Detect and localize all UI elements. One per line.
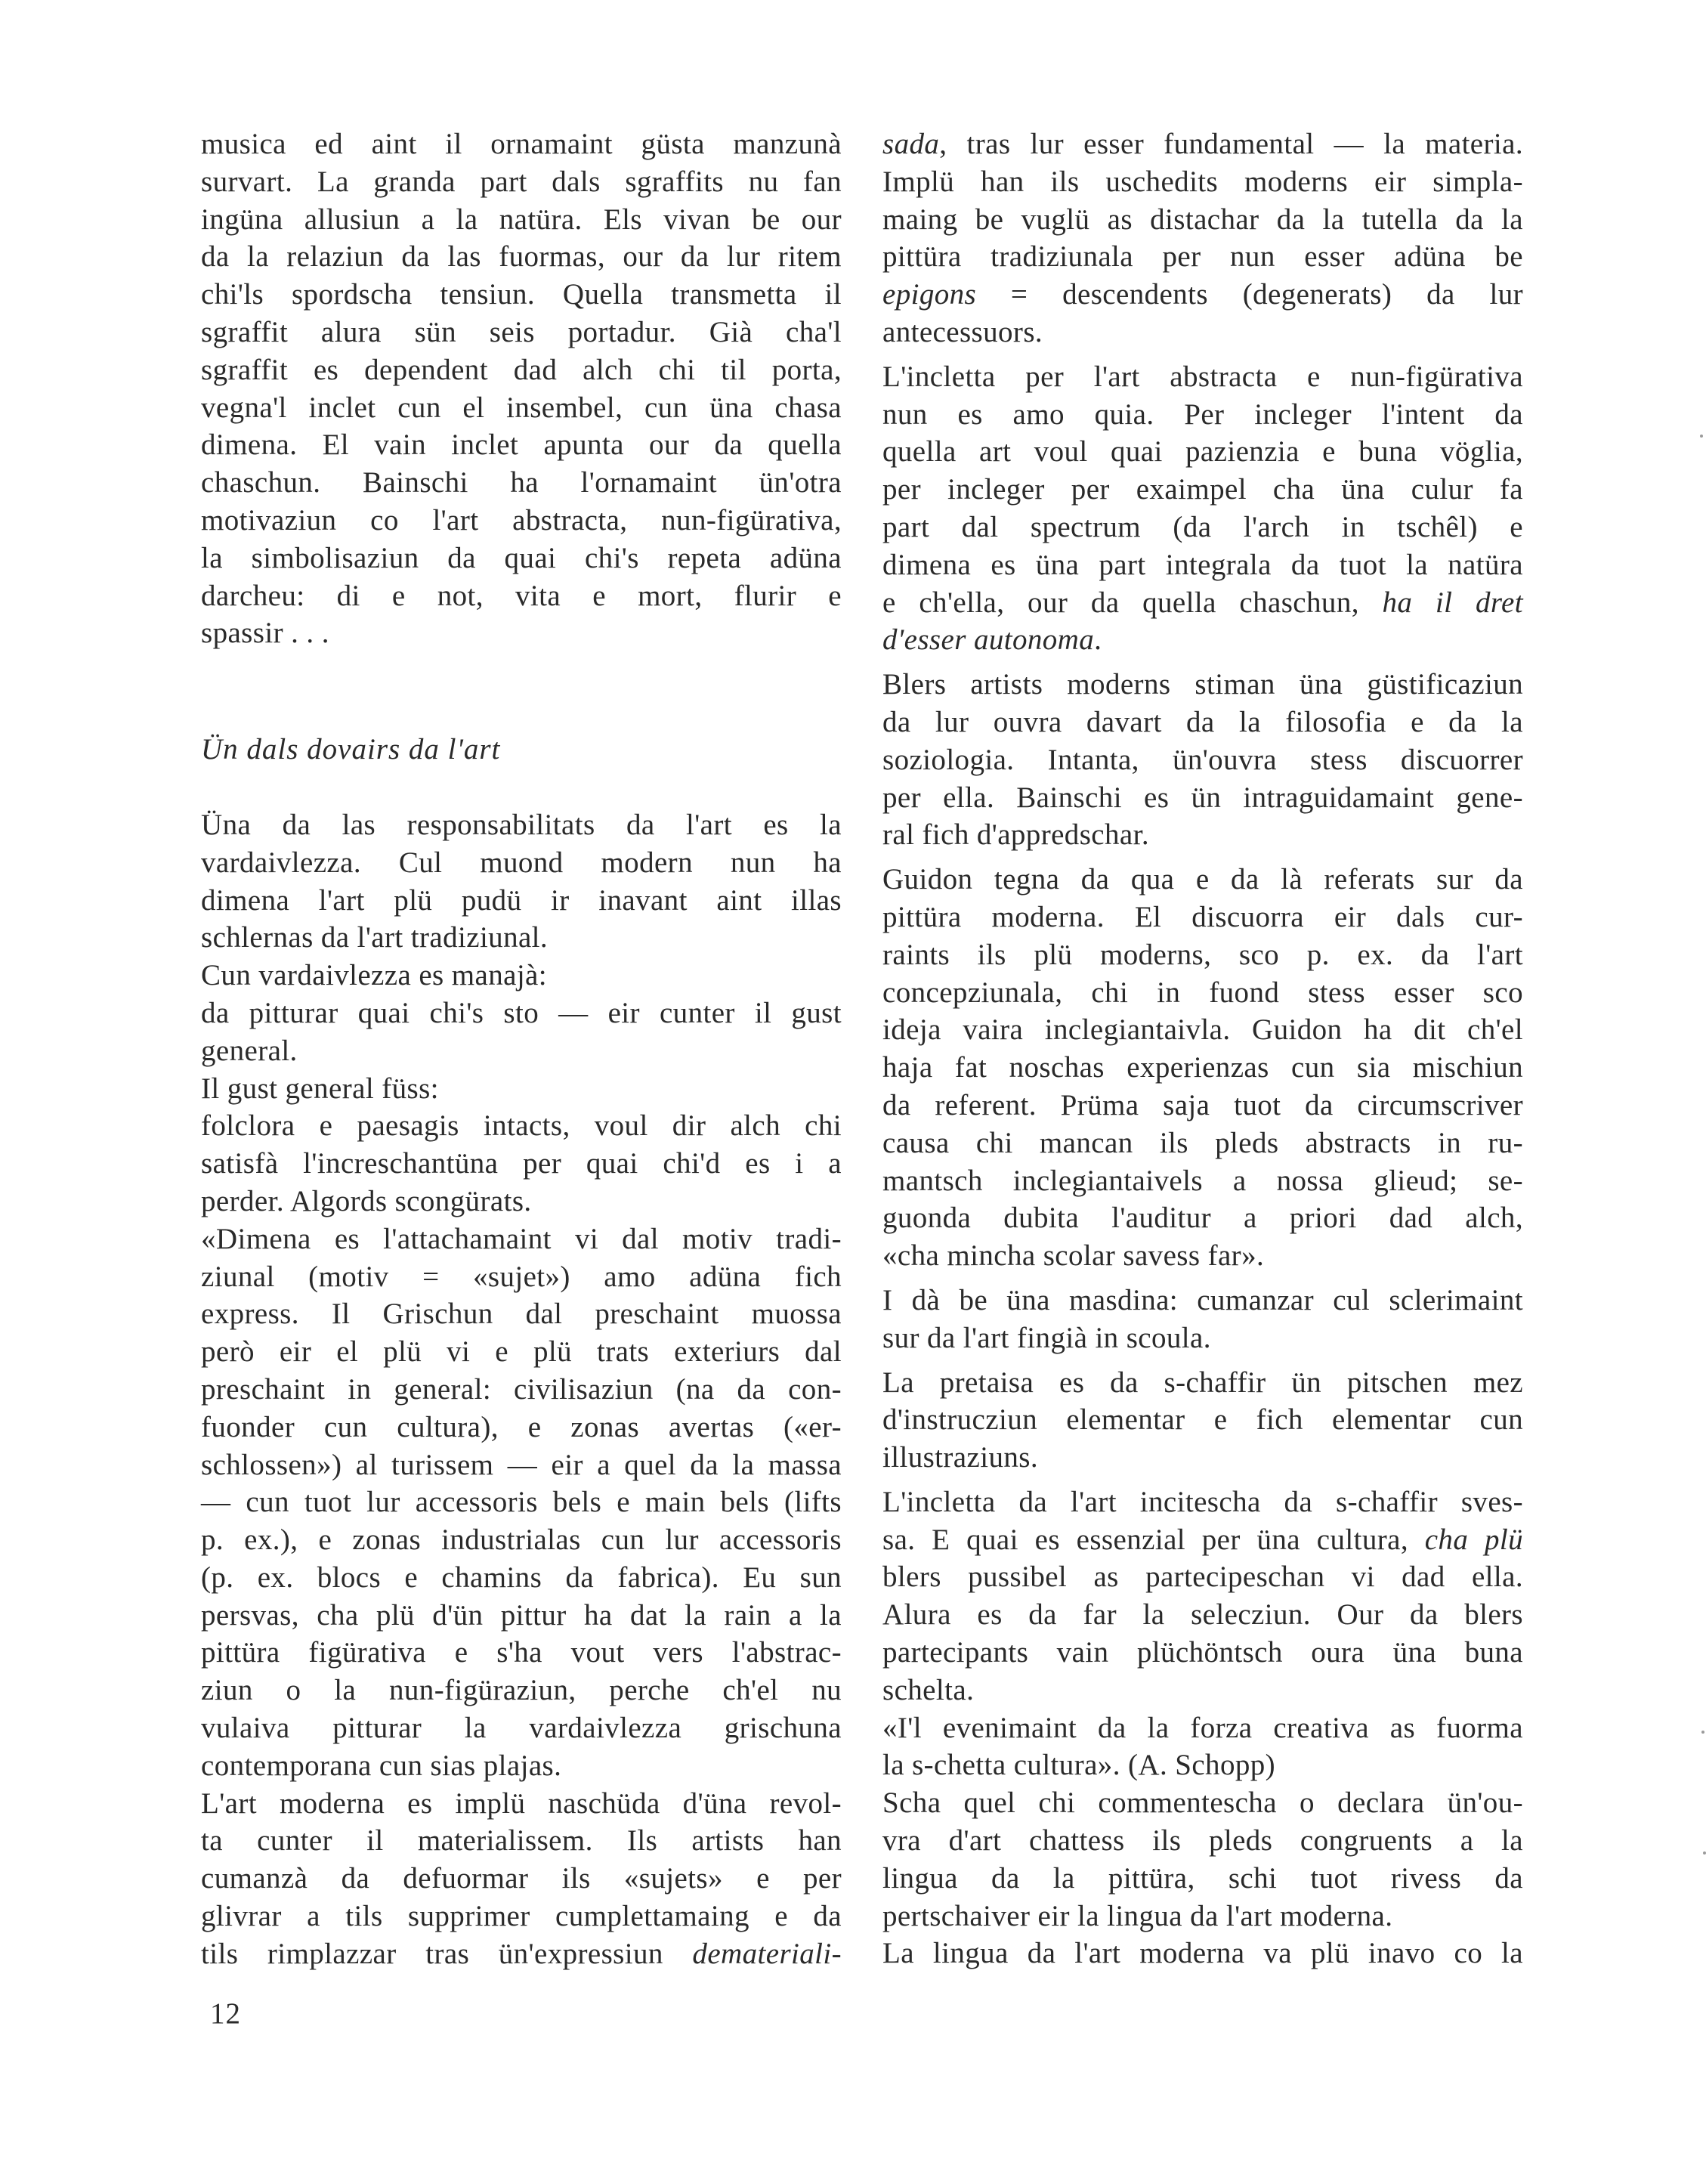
text-line: chi'ls spordscha tensiun. Quella transme…: [201, 276, 842, 314]
text-line: Alura es da far la selecziun. Our da ble…: [882, 1596, 1523, 1634]
text-line: Scha quel chi commentescha o declara ün'…: [882, 1784, 1523, 1822]
text-line: darcheu: di e not, vita e mort, flurir e: [201, 577, 842, 615]
scan-speck: [1703, 1851, 1706, 1855]
text-line: dimena es üna part integrala da tuot la …: [882, 546, 1523, 584]
text-line: spassir . . .: [201, 614, 842, 652]
text-line: dimena. El vain inclet apunta our da que…: [201, 426, 842, 464]
text-line: e ch'ella, our da quella chaschun, ha il…: [882, 584, 1523, 622]
text-line: causa chi mancan ils pleds abstracts in …: [882, 1124, 1523, 1162]
paragraph: Il gust general füss:: [201, 1070, 842, 1108]
spacer: [882, 659, 1523, 666]
paragraph: «Dimena es l'attachamaint vi dal motiv t…: [201, 1220, 842, 1785]
paragraph: da pitturar quai chi's sto — eir cunter …: [201, 995, 842, 1070]
text-line: vulaiva pitturar la vardaivlezza grischu…: [201, 1709, 842, 1747]
paragraph: Guidon tegna da qua e da là referats sur…: [882, 861, 1523, 1275]
text-line: p. ex.), e zonas industrialas cun lur ac…: [201, 1521, 842, 1559]
text-line: Il gust general füss:: [201, 1070, 842, 1108]
text-line: glivrar a tils supprimer cumplettamaing …: [201, 1898, 842, 1935]
paragraph: Scha quel chi commentescha o declara ün'…: [882, 1784, 1523, 1935]
text-run: = descendents (degenerats) da lur: [976, 278, 1523, 311]
text-line: da pitturar quai chi's sto — eir cunter …: [201, 995, 842, 1032]
scan-speck: [1700, 435, 1703, 438]
text-line: ral fich d'appredschar.: [882, 816, 1523, 854]
text-line: per ella. Bainschi es ün intraguidamaint…: [882, 779, 1523, 817]
text-line: ziun o la nun-figüraziun, perche ch'el n…: [201, 1672, 842, 1709]
spacer: [201, 769, 842, 806]
text-line: Blers artists moderns stiman üna güstifi…: [882, 666, 1523, 704]
text-line: folclora e paesagis intacts, voul dir al…: [201, 1107, 842, 1145]
text-line: pittüra tradiziunala per nun esser adüna…: [882, 238, 1523, 276]
text-line: pittüra moderna. El discuorra eir dals c…: [882, 899, 1523, 936]
text-line: pittüra figürativa e s'ha vout vers l'ab…: [201, 1634, 842, 1672]
text-line: perder. Algords scongürats.: [201, 1183, 842, 1220]
text-line: survart. La granda part dals sgraffits n…: [201, 163, 842, 201]
italic-text-run: demateriali-: [692, 1938, 842, 1970]
text-line: ideja vaira inclegiantaivla. Guidon ha d…: [882, 1011, 1523, 1049]
paragraph: L'art moderna es implü naschüda d'üna re…: [201, 1785, 842, 1973]
italic-text-run: sada: [882, 128, 939, 160]
text-line: nun es amo quia. Per incleger l'intent d…: [882, 396, 1523, 434]
text-line: L'incletta per l'art abstracta e nun-fig…: [882, 358, 1523, 396]
spacer: [201, 652, 842, 731]
text-line: maing be vuglü as distachar da la tutell…: [882, 201, 1523, 239]
text-line: I dà be üna masdina: cumanzar cul scleri…: [882, 1282, 1523, 1319]
italic-text-run: ha il dret: [1383, 586, 1524, 619]
text-line: L'art moderna es implü naschüda d'üna re…: [201, 1785, 842, 1823]
text-line: raints ils plü moderns, sco p. ex. da l'…: [882, 936, 1523, 974]
text-line: schlossen») al turissem — eir a quel da …: [201, 1446, 842, 1484]
text-line: sgraffit es dependent dad alch chi til p…: [201, 351, 842, 389]
text-line: epigons = descendents (degenerats) da lu…: [882, 276, 1523, 314]
text-line: Guidon tegna da qua e da là referats sur…: [882, 861, 1523, 899]
text-line: d'instrucziun elementar e fich elementar…: [882, 1401, 1523, 1439]
paragraph: Cun vardaivlezza es manajà:: [201, 957, 842, 995]
text-line: L'incletta da l'art incitescha da s-chaf…: [882, 1483, 1523, 1521]
text-line: illustraziuns.: [882, 1439, 1523, 1477]
text-line: dimena l'art plü pudü ir inavant aint il…: [201, 882, 842, 920]
text-line: haja fat noschas experienzas cun sia mis…: [882, 1049, 1523, 1087]
spacer: [882, 854, 1523, 861]
text-line: ziunal (motiv = «sujet») amo adüna fich: [201, 1258, 842, 1296]
text-line: Üna da las responsabilitats da l'art es …: [201, 806, 842, 844]
text-line: la simbolisaziun da quai chi's repeta ad…: [201, 540, 842, 577]
text-line: chaschun. Bainschi ha l'ornamaint ün'otr…: [201, 464, 842, 502]
italic-text-run: d'esser autonoma: [882, 623, 1094, 656]
text-line: guonda dubita l'auditur a priori dad alc…: [882, 1199, 1523, 1237]
page-number: 12: [210, 1995, 241, 2032]
spacer: [882, 1357, 1523, 1364]
text-run: e ch'ella, our da quella chaschun,: [882, 586, 1383, 619]
text-line: vegna'l inclet cun el insembel, cun üna …: [201, 389, 842, 427]
text-line: persvas, cha plü d'ün pittur ha dat la r…: [201, 1597, 842, 1635]
text-line: vardaivlezza. Cul muond modern nun ha: [201, 844, 842, 882]
text-line: contemporana cun sias plajas.: [201, 1747, 842, 1785]
text-line: quella art voul quai pazienzia e buna vö…: [882, 433, 1523, 471]
text-line: motivaziun co l'art abstracta, nun-figür…: [201, 502, 842, 540]
text-line: soziologia. Intanta, ün'ouvra stess disc…: [882, 741, 1523, 779]
text-line: (p. ex. blocs e chamins da fabrica). Eu …: [201, 1559, 842, 1597]
paragraph: L'incletta da l'art incitescha da s-chaf…: [882, 1483, 1523, 1709]
text-line: «I'l evenimaint da la forza creativa as …: [882, 1709, 1523, 1747]
text-line: partecipants vain plüchöntsch oura üna b…: [882, 1634, 1523, 1672]
paragraph: La pretaisa es da s-chaffir ün pitschen …: [882, 1364, 1523, 1477]
text-line: part dal spectrum (da l'arch in tschêl) …: [882, 509, 1523, 546]
text-line: da la relaziun da las fuormas, our da lu…: [201, 238, 842, 276]
spacer: [882, 1275, 1523, 1282]
text-line: d'esser autonoma.: [882, 621, 1523, 659]
text-line: satisfà l'increschantüna per quai chi'd …: [201, 1145, 842, 1183]
text-line: antecessuors.: [882, 314, 1523, 351]
italic-text-run: cha plü: [1425, 1524, 1523, 1556]
text-line: pertschaiver eir la lingua da l'art mode…: [882, 1898, 1523, 1935]
text-line: la s-chetta cultura». (A. Schopp): [882, 1746, 1523, 1784]
spacer: [882, 351, 1523, 358]
text-line: sada, tras lur esser fundamental — la ma…: [882, 125, 1523, 163]
right-column: sada, tras lur esser fundamental — la ma…: [882, 125, 1523, 1972]
text-line: «cha mincha scolar savess far».: [882, 1237, 1523, 1275]
text-line: «Dimena es l'attachamaint vi dal motiv t…: [201, 1220, 842, 1258]
text-line: da lur ouvra davart da la filosofia e da…: [882, 704, 1523, 741]
paragraph: folclora e paesagis intacts, voul dir al…: [201, 1107, 842, 1220]
text-line: sa. E quai es essenzial per üna cultura,…: [882, 1521, 1523, 1559]
text-line: schlernas da l'art tradiziunal.: [201, 919, 842, 957]
spacer: [882, 1477, 1523, 1483]
text-line: lingua da la pittüra, schi tuot rivess d…: [882, 1860, 1523, 1898]
paragraph: La lingua da l'art moderna va plü inavo …: [882, 1935, 1523, 1972]
text-line: Cun vardaivlezza es manajà:: [201, 957, 842, 995]
paragraph: «I'l evenimaint da la forza creativa as …: [882, 1709, 1523, 1785]
paragraph: L'incletta per l'art abstracta e nun-fig…: [882, 358, 1523, 659]
text-line: per incleger per exaimpel cha üna culur …: [882, 471, 1523, 509]
text-line: schelta.: [882, 1672, 1523, 1709]
text-run: .: [1094, 623, 1102, 656]
text-line: sgraffit alura sün seis portadur. Già ch…: [201, 314, 842, 351]
text-line: fuonder cun cultura), e zonas avertas («…: [201, 1409, 842, 1446]
text-line: La pretaisa es da s-chaffir ün pitschen …: [882, 1364, 1523, 1402]
paragraph: I dà be üna masdina: cumanzar cul scleri…: [882, 1282, 1523, 1357]
paragraph-intro: musica ed aint il ornamaint güsta manzun…: [201, 125, 842, 652]
text-line: La lingua da l'art moderna va plü inavo …: [882, 1935, 1523, 1972]
text-run: , tras lur esser fundamental — la materi…: [939, 128, 1523, 160]
text-line: concepziunala, chi in fuond stess esser …: [882, 974, 1523, 1012]
paragraph: sada, tras lur esser fundamental — la ma…: [882, 125, 1523, 351]
italic-text-run: epigons: [882, 278, 976, 311]
left-column: musica ed aint il ornamaint güsta manzun…: [201, 125, 842, 1973]
paragraph: Üna da las responsabilitats da l'art es …: [201, 806, 842, 957]
text-line: sur da l'art fingià in scoula.: [882, 1319, 1523, 1357]
text-run: sa. E quai es essenzial per üna cultura,: [882, 1524, 1425, 1556]
scan-speck: [1701, 1731, 1704, 1734]
text-run: tils rimplazzar tras ün'expressiun: [201, 1938, 663, 1970]
text-line: musica ed aint il ornamaint güsta manzun…: [201, 125, 842, 163]
text-line: da referent. Prüma saja tuot da circumsc…: [882, 1087, 1523, 1124]
text-line: cumanzà da defuormar ils «sujets» e per: [201, 1860, 842, 1898]
text-line: Implü han ils uschedits moderns eir simp…: [882, 163, 1523, 201]
text-line: blers pussibel as partecipeschan vi dad …: [882, 1558, 1523, 1596]
text-line: ta cunter il materialissem. Ils artists …: [201, 1822, 842, 1860]
text-line: tils rimplazzar tras ün'expressiun demat…: [201, 1935, 842, 1973]
text-line: mantsch inclegiantaivels a nossa glieud;…: [882, 1162, 1523, 1200]
text-line: general.: [201, 1032, 842, 1070]
text-line: preschaint in general: civilisaziun (na …: [201, 1371, 842, 1409]
text-line: vra d'art chattess ils pleds congruents …: [882, 1822, 1523, 1860]
text-line: express. Il Grischun dal preschaint muos…: [201, 1295, 842, 1333]
section-heading: Ün dals dovairs da l'art: [201, 731, 842, 769]
text-line: — cun tuot lur accessoris bels e main be…: [201, 1483, 842, 1521]
text-line: però eir el plü vi e plü trats exteriurs…: [201, 1333, 842, 1371]
text-line: ingüna allusiun a la natüra. Els vivan b…: [201, 201, 842, 239]
paragraph: Blers artists moderns stiman üna güstifi…: [882, 666, 1523, 854]
